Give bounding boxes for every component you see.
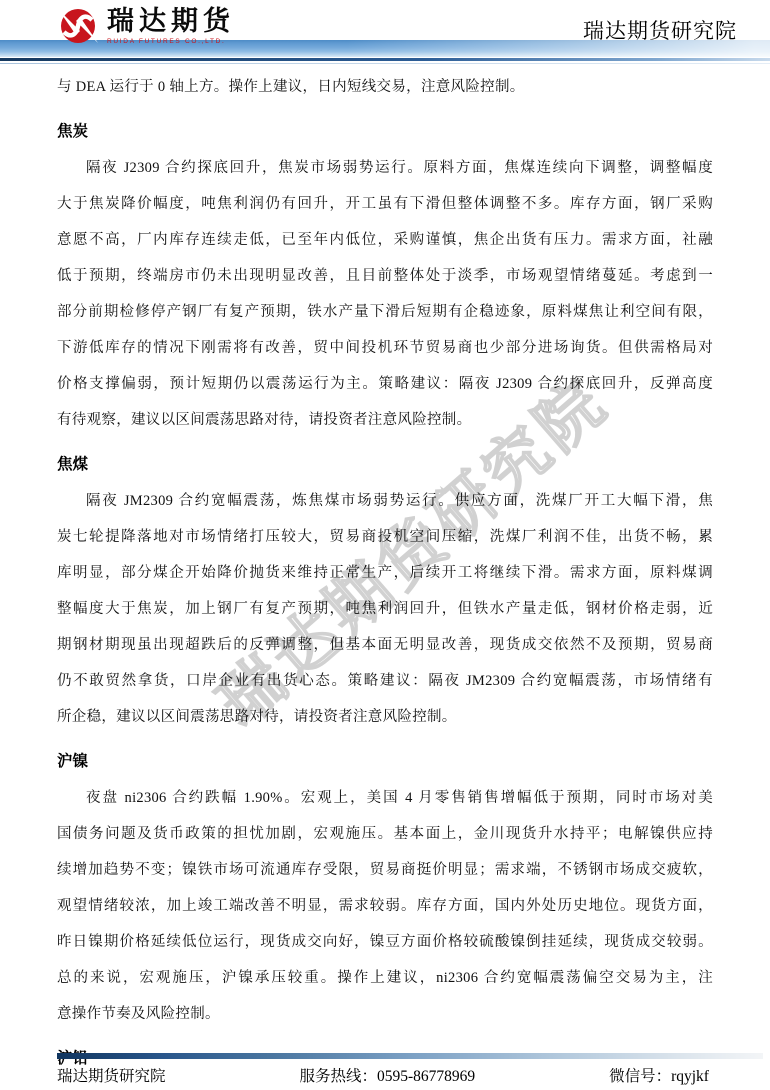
text-line: 与 DEA 运行于 0 轴上方。操作上建议，日内短线交易，注意风险控制。 [57, 69, 713, 105]
brand-name-cn: 瑞达期货 [107, 5, 235, 37]
text-line: 炭七轮提降落地对市场情绪打压较大，贸易商投机空间压缩，洗煤厂利润不佳，出货不畅，… [57, 519, 713, 555]
footer-hotline-number: 0595-86778969 [377, 1068, 475, 1085]
text-line: 续增加趋势不变；镍铁市场可流通库存受限，贸易商挺价明显；需求端，不锈钢市场成交疲… [57, 852, 713, 888]
footer: 瑞达期货研究院 服务热线：0595-86778969 微信号：rqyjkf [57, 1062, 709, 1090]
section-heading: 沪镍 [57, 744, 713, 780]
footer-divider-bar [57, 1053, 763, 1059]
section-heading: 焦煤 [57, 447, 713, 483]
text-line: 观望情绪较浓，加上竣工端改善不明显，需求较弱。库存方面，国内外处历史地位。现货方… [57, 888, 713, 924]
footer-wechat-id: rqyjkf [671, 1068, 709, 1085]
header-divider-shadow [0, 63, 770, 64]
text-line: 期钢材期现虽出现超跌后的反弹调整，但基本面无明显改善，现货成交依然不及预期，贸易… [57, 627, 713, 663]
text-line: 仍不敢贸然拿货，口岸企业有出货心态。策略建议：隔夜 JM2309 合约宽幅震荡，… [57, 663, 713, 699]
text-line: 下游低库存的情况下刚需将有改善，贸中间投机环节贸易商也少部分进场询货。但供需格局… [57, 330, 713, 366]
header-institute-title: 瑞达期货研究院 [583, 15, 737, 45]
header-divider-underline [0, 58, 770, 61]
footer-wechat-label: 微信号： [609, 1068, 671, 1085]
text-line: 价格支撑偏弱，预计短期仍以震荡运行为主。策略建议：隔夜 J2309 合约探底回升… [57, 366, 713, 402]
text-line: 有待观察，建议以区间震荡思路对待，请投资者注意风险控制。 [57, 402, 713, 438]
text-line: 整幅度大于焦炭，加上钢厂有复产预期，吨焦利润回升，但铁水产量走低，钢材价格走弱，… [57, 591, 713, 627]
text-line: 意操作节奏及风险控制。 [57, 996, 713, 1032]
text-line: 隔夜 JM2309 合约宽幅震荡，炼焦煤市场弱势运行。供应方面，洗煤厂开工大幅下… [57, 483, 713, 519]
ruida-logo-icon [54, 5, 102, 49]
brand-name-en: RUIDA FUTURES CO.,LTD. [107, 38, 235, 45]
text-line: 库明显，部分煤企开始降价抛货来维持正常生产，后续开工将继续下滑。需求方面，原料煤… [57, 555, 713, 591]
brand-logo: 瑞达期货 RUIDA FUTURES CO.,LTD. [54, 5, 235, 49]
text-line: 国债务问题及货币政策的担忧加剧，宏观施压。基本面上，金川现货升水持平；电解镍供应… [57, 816, 713, 852]
text-line: 夜盘 ni2306 合约跌幅 1.90%。宏观上，美国 4 月零售销售增幅低于预… [57, 780, 713, 816]
text-line: 隔夜 J2309 合约探底回升，焦炭市场弱势运行。原料方面，焦煤连续向下调整，调… [57, 150, 713, 186]
footer-hotline-label: 服务热线： [299, 1068, 377, 1085]
footer-hotline: 服务热线：0595-86778969 [299, 1062, 475, 1090]
text-line: 大于焦炭降价幅度，吨焦利润仍有回升，开工虽有下滑但整体调整不多。库存方面，钢厂采… [57, 186, 713, 222]
text-line: 低于预期，终端房市仍未出现明显改善，且目前整体处于淡季，市场观望情绪蔓延。考虑到… [57, 258, 713, 294]
document-body: 与 DEA 运行于 0 轴上方。操作上建议，日内短线交易，注意风险控制。 焦炭隔… [57, 69, 713, 1077]
text-line: 所企稳，建议以区间震荡思路对待，请投资者注意风险控制。 [57, 699, 713, 735]
footer-institute: 瑞达期货研究院 [57, 1062, 166, 1090]
footer-wechat: 微信号：rqyjkf [609, 1062, 709, 1090]
text-line: 总的来说，宏观施压，沪镍承压较重。操作上建议，ni2306 合约宽幅震荡偏空交易… [57, 960, 713, 996]
section-heading: 焦炭 [57, 114, 713, 150]
text-line: 部分前期检修停产钢厂有复产预期，铁水产量下滑后短期有企稳迹象，原料煤焦让利空间有… [57, 294, 713, 330]
text-line: 昨日镍期价格延续低位运行，现货成交向好，镍豆方面价格较硫酸镍倒挂延续，现货成交较… [57, 924, 713, 960]
text-line: 意愿不高，厂内库存连续走低，已至年内低位，采购谨慎，焦企出货有压力。需求方面，社… [57, 222, 713, 258]
